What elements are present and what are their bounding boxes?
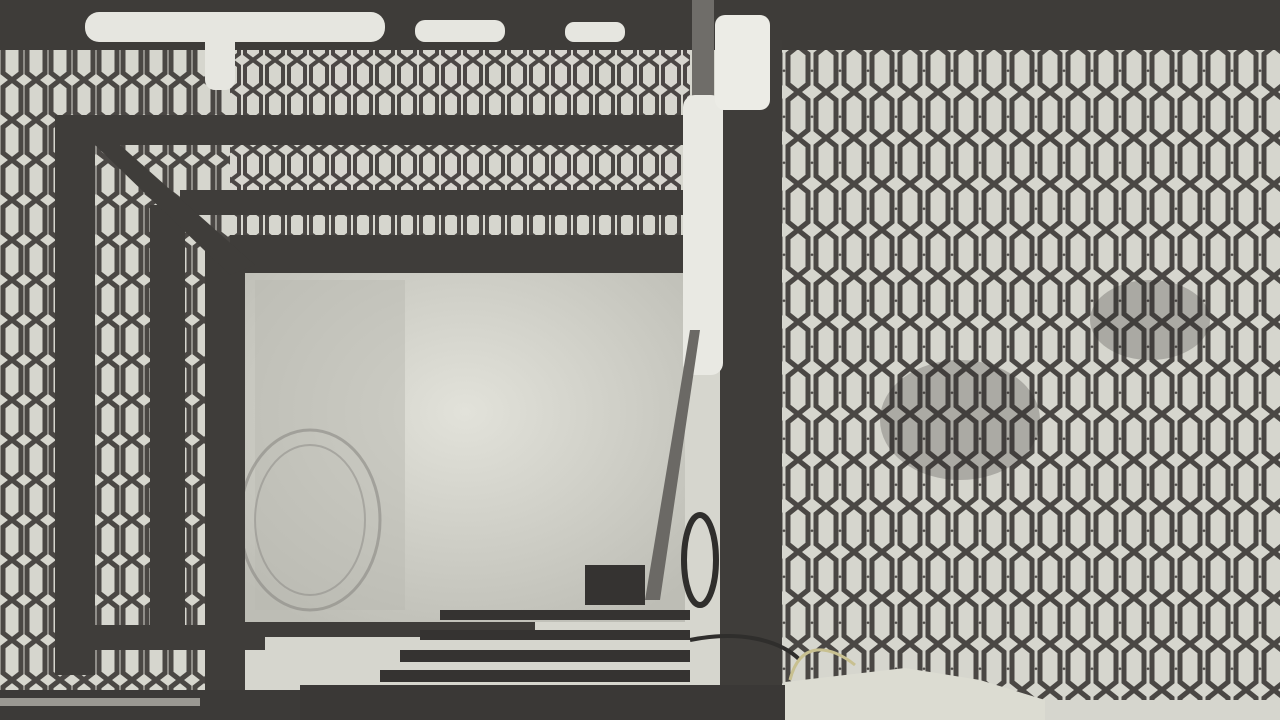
- pipe-snow: [683, 95, 723, 375]
- bottom-deck: [300, 685, 820, 720]
- right-mesh-panel: [778, 50, 1280, 700]
- pipe: [692, 0, 714, 110]
- snowy-ladder-cage-photo: svg { --bg: #dcdcd4; --mesh: #4a4744; }: [0, 0, 1280, 720]
- photo-scene: svg { --bg: #dcdcd4; --mesh: #4a4744; }: [0, 0, 1280, 720]
